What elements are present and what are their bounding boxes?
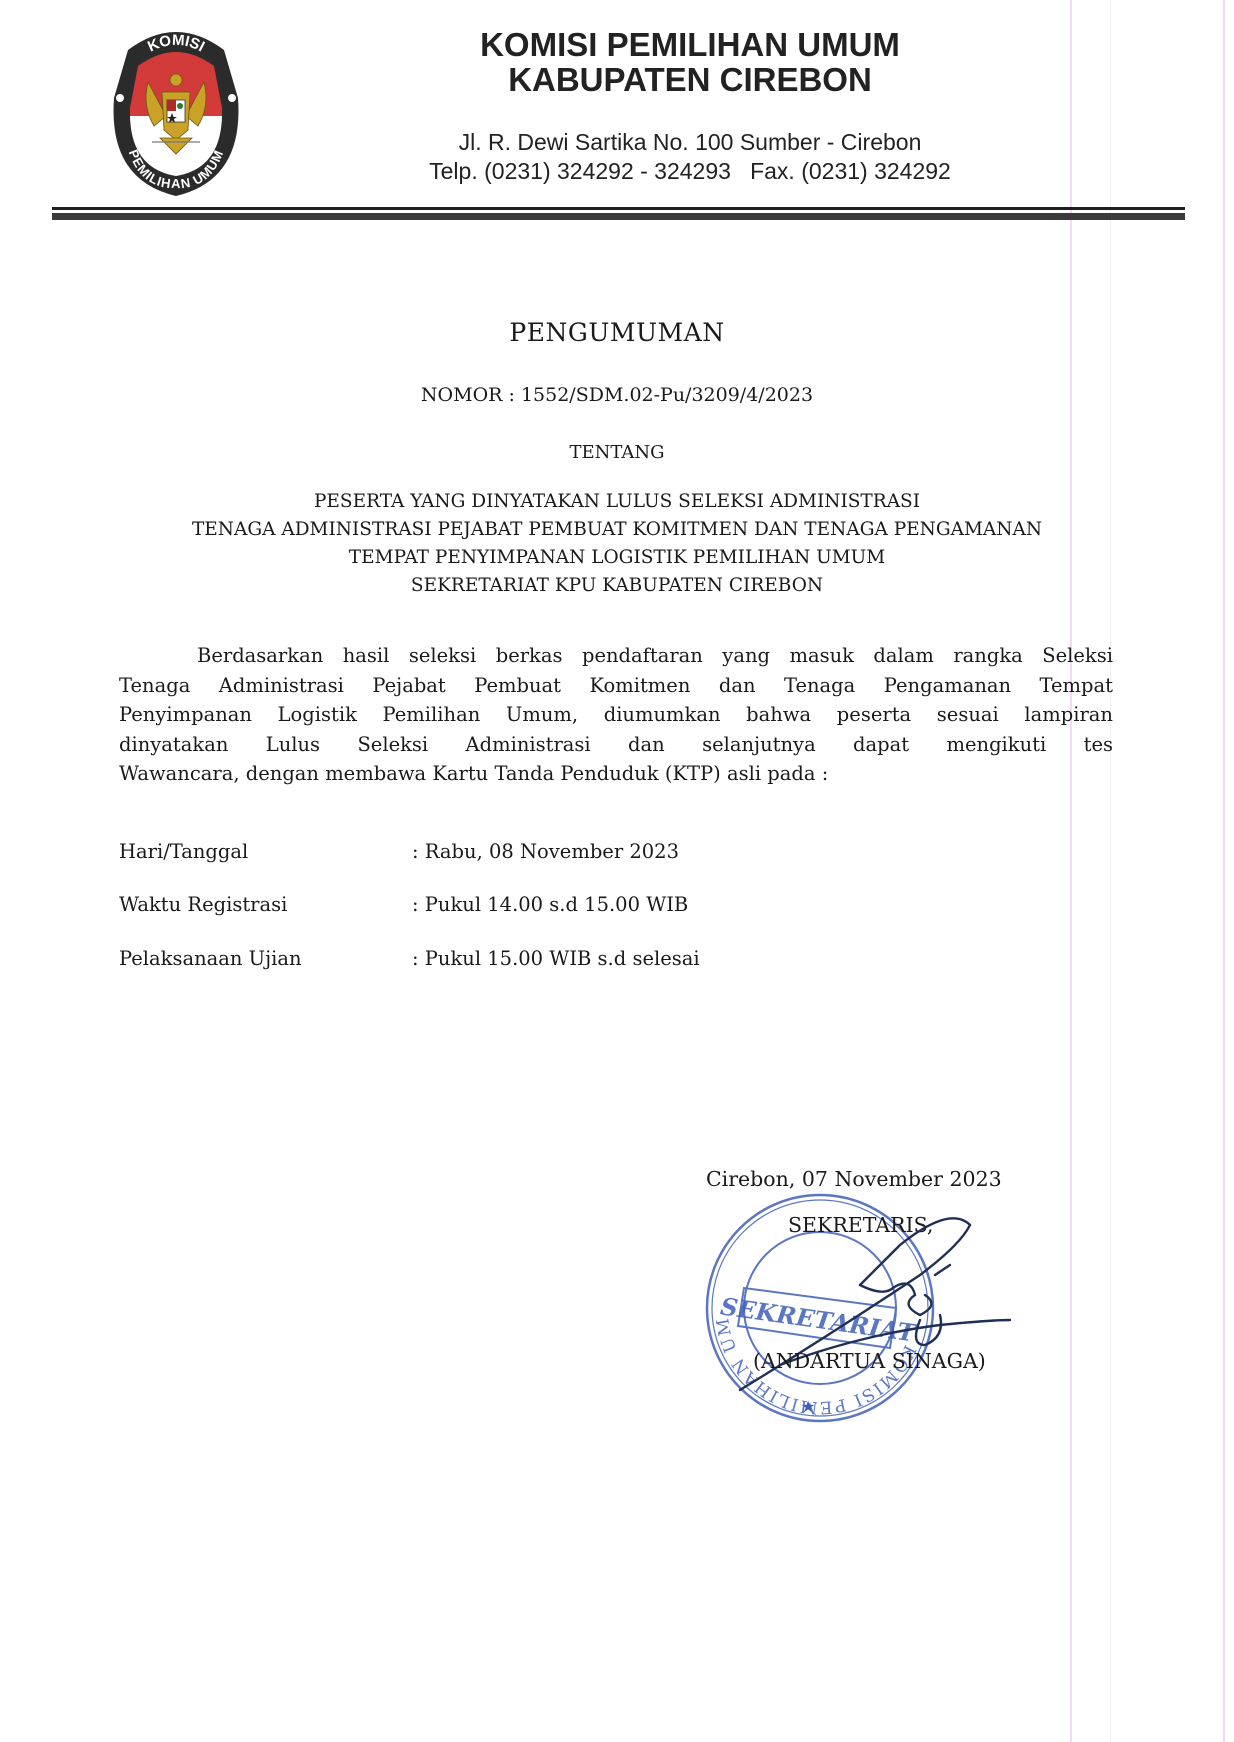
paragraph-line: Penyimpanan Logistik Pemilihan Umum, diu… (119, 700, 1113, 730)
svg-text:★: ★ (801, 1399, 815, 1416)
paragraph-line: Berdasarkan hasil seleksi berkas pendaft… (119, 641, 1113, 671)
paragraph-line: Tenaga Administrasi Pejabat Pembuat Komi… (119, 671, 1113, 701)
document-title: PENGUMUMAN (0, 318, 1234, 347)
letterhead-title-line1: KOMISI PEMILIHAN UMUM (260, 28, 1120, 62)
signature-place-date: Cirebon, 07 November 2023 (706, 1167, 1002, 1191)
subject-line: PESERTA YANG DINYATAKAN LULUS SELEKSI AD… (0, 488, 1234, 516)
letterhead-title-line2: KABUPATEN CIREBON (260, 63, 1120, 97)
subject-line: TEMPAT PENYIMPANAN LOGISTIK PEMILIHAN UM… (0, 544, 1234, 572)
subject-line: SEKRETARIAT KPU KABUPATEN CIREBON (0, 572, 1234, 600)
schedule-label: Hari/Tanggal (119, 840, 248, 863)
subject-line: TENAGA ADMINISTRASI PEJABAT PEMBUAT KOMI… (0, 516, 1234, 544)
schedule-label: Pelaksanaan Ujian (119, 947, 302, 970)
letterhead-divider-thin (52, 207, 1185, 210)
scan-artifact-line (1070, 0, 1072, 1742)
letterhead-divider-thick (52, 213, 1185, 220)
schedule-label: Waktu Registrasi (119, 893, 287, 916)
kpu-garuda-logo-icon: KOMISI PEMILIHAN UMUM (108, 20, 244, 198)
document-about-label: TENTANG (0, 442, 1234, 463)
letterhead-address: Jl. R. Dewi Sartika No. 100 Sumber - Cir… (260, 129, 1120, 155)
schedule-value: : Pukul 14.00 s.d 15.00 WIB (412, 893, 688, 916)
schedule-value: : Pukul 15.00 WIB s.d selesai (412, 947, 700, 970)
schedule-value: : Rabu, 08 November 2023 (412, 840, 679, 863)
scan-artifact-line (1223, 0, 1225, 1742)
document-number: NOMOR : 1552/SDM.02-Pu/3209/4/2023 (0, 384, 1234, 406)
body-paragraph: Berdasarkan hasil seleksi berkas pendaft… (119, 641, 1113, 789)
paragraph-line: dinyatakan Lulus Seleksi Administrasi da… (119, 730, 1113, 760)
paragraph-line: Wawancara, dengan membawa Kartu Tanda Pe… (119, 759, 1113, 789)
signatory-name: (ANDARTUA SINAGA) (753, 1349, 986, 1373)
letterhead-contact: Telp. (0231) 324292 - 324293 Fax. (0231)… (260, 158, 1120, 184)
scan-artifact-line (1110, 0, 1111, 1742)
